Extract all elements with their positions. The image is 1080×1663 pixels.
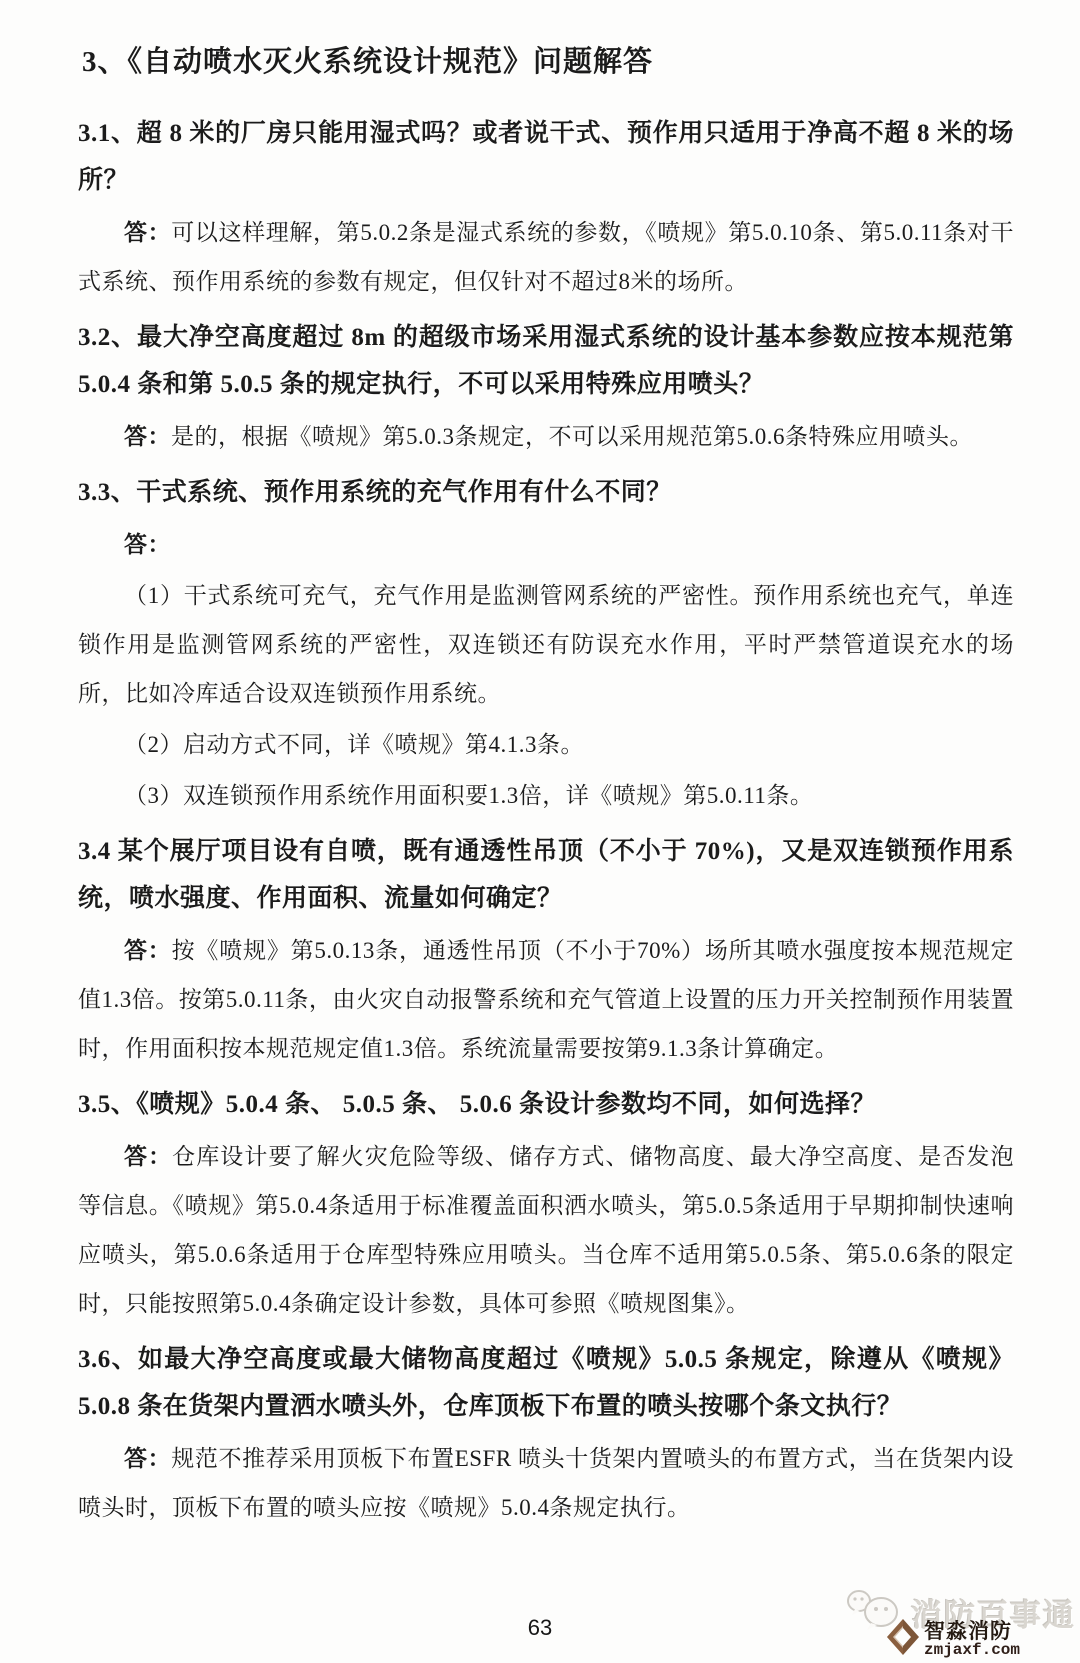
answer-text: 可以这样理解，第5.0.2条是湿式系统的参数，《喷规》第5.0.10条、第5.0… [78,220,1014,294]
question-3-1: 3.1、超 8 米的厂房只能用湿式吗？或者说干式、预作用只适用于净高不超 8 米… [78,110,1014,204]
answer-text: 是的，根据《喷规》第5.0.3条规定，不可以采用规范第5.0.6条特殊应用喷头。 [171,424,973,449]
answer-3-3-item-3: （3）双连锁预作用系统作用面积要1.3倍，详《喷规》第5.0.11条。 [78,771,1014,820]
answer-3-4: 答：按《喷规》第5.0.13条，通透性吊顶（不小于70%）场所其喷水强度按本规范… [78,926,1014,1073]
answer-label: 答： [124,532,171,557]
question-3-6: 3.6、如最大净空高度或最大储物高度超过《喷规》5.0.5 条规定，除遵从《喷规… [78,1336,1014,1430]
answer-label: 答： [124,1446,171,1471]
question-3-3: 3.3、干式系统、预作用系统的充气作用有什么不同？ [78,469,1014,516]
question-3-2: 3.2、最大净空高度超过 8m 的超级市场采用湿式系统的设计基本参数应按本规范第… [78,314,1014,408]
answer-label: 答： [124,424,171,449]
answer-3-5: 答：仓库设计要了解火灾危险等级、储存方式、储物高度、最大净空高度、是否发泡等信息… [78,1132,1014,1328]
question-3-5: 3.5、《喷规》5.0.4 条、 5.0.5 条、 5.0.6 条设计参数均不同… [78,1081,1014,1128]
document-content: 3、《自动喷水灭火系统设计规范》问题解答 3.1、超 8 米的厂房只能用湿式吗？… [0,0,1080,1532]
answer-label: 答： [124,938,172,963]
question-3-4: 3.4 某个展厅项目设有自喷，既有通透性吊顶（不小于 70%)，又是双连锁预作用… [78,828,1014,922]
answer-3-1: 答：可以这样理解，第5.0.2条是湿式系统的参数，《喷规》第5.0.10条、第5… [78,208,1014,306]
zhimiao-logo-icon [886,1618,920,1661]
answer-3-3-label: 答： [78,520,1014,569]
watermark-company: 智淼消防 [924,1620,1020,1642]
answer-label: 答： [124,220,171,245]
answer-3-3-item-2: （2）启动方式不同，详《喷规》第4.1.3条。 [78,720,1014,769]
document-page: 3、《自动喷水灭火系统设计规范》问题解答 3.1、超 8 米的厂房只能用湿式吗？… [0,0,1080,1663]
answer-3-3-item-1: （1）干式系统可充气，充气作用是监测管网系统的严密性。预作用系统也充气，单连锁作… [78,571,1014,718]
answer-label: 答： [124,1144,172,1169]
watermark-company-block: 智淼消防 zmjaxf.com [924,1620,1020,1659]
answer-text: 规范不推荐采用顶板下布置ESFR 喷头十货架内置喷头的布置方式，当在货架内设喷头… [78,1446,1014,1520]
answer-3-6: 答：规范不推荐采用顶板下布置ESFR 喷头十货架内置喷头的布置方式，当在货架内设… [78,1434,1014,1532]
watermark-company-row: 智淼消防 zmjaxf.com [886,1618,1020,1661]
watermark-website: zmjaxf.com [924,1642,1020,1659]
watermark: 消防百事通 智淼消防 zmjaxf.com [848,1589,1078,1661]
page-title: 3、《自动喷水灭火系统设计规范》问题解答 [82,40,1014,84]
answer-text: 按《喷规》第5.0.13条，通透性吊顶（不小于70%）场所其喷水强度按本规范规定… [78,938,1014,1061]
answer-3-2: 答：是的，根据《喷规》第5.0.3条规定，不可以采用规范第5.0.6条特殊应用喷… [78,412,1014,461]
answer-text: 仓库设计要了解火灾危险等级、储存方式、储物高度、最大净空高度、是否发泡等信息。《… [78,1144,1014,1316]
